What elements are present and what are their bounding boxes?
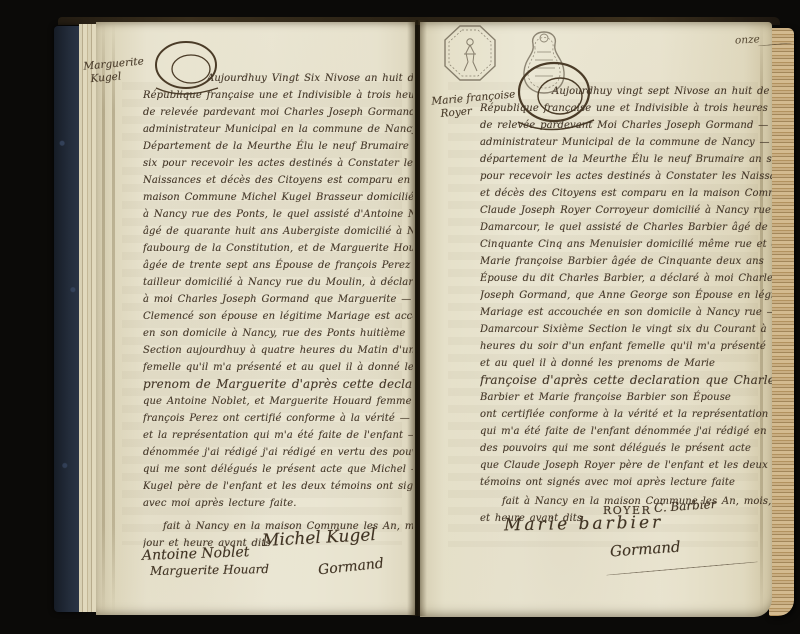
signature: Gormand <box>317 556 384 579</box>
signatures-left: Michel KugelAntoine NobletMarguerite Hou… <box>96 22 415 615</box>
signature: Marie barbier <box>504 513 664 536</box>
book-gutter-shadow <box>407 20 427 616</box>
right-page-edge-stack <box>769 28 794 616</box>
manuscript-photo: { "colors": { "background": "#0b0a08", "… <box>0 0 800 634</box>
signature: Gormand <box>609 538 681 561</box>
signature: Antoine Noblet <box>142 544 250 564</box>
signature: Marguerite Houard <box>150 562 269 578</box>
signature: C. Barbier <box>654 497 717 515</box>
signature: Michel Kugel <box>262 525 377 551</box>
open-register-book: Marguerite Kugel Aujourdhuy Vingt Six Ni… <box>0 0 800 634</box>
signatures-right: ROYERC. BarbierMarie barbierGormand <box>420 22 772 617</box>
right-page: onze Marie françoise Royer Aujourdhuy vi… <box>420 22 772 617</box>
marbled-cover-edge <box>54 26 81 612</box>
left-page: Marguerite Kugel Aujourdhuy Vingt Six Ni… <box>96 22 415 615</box>
